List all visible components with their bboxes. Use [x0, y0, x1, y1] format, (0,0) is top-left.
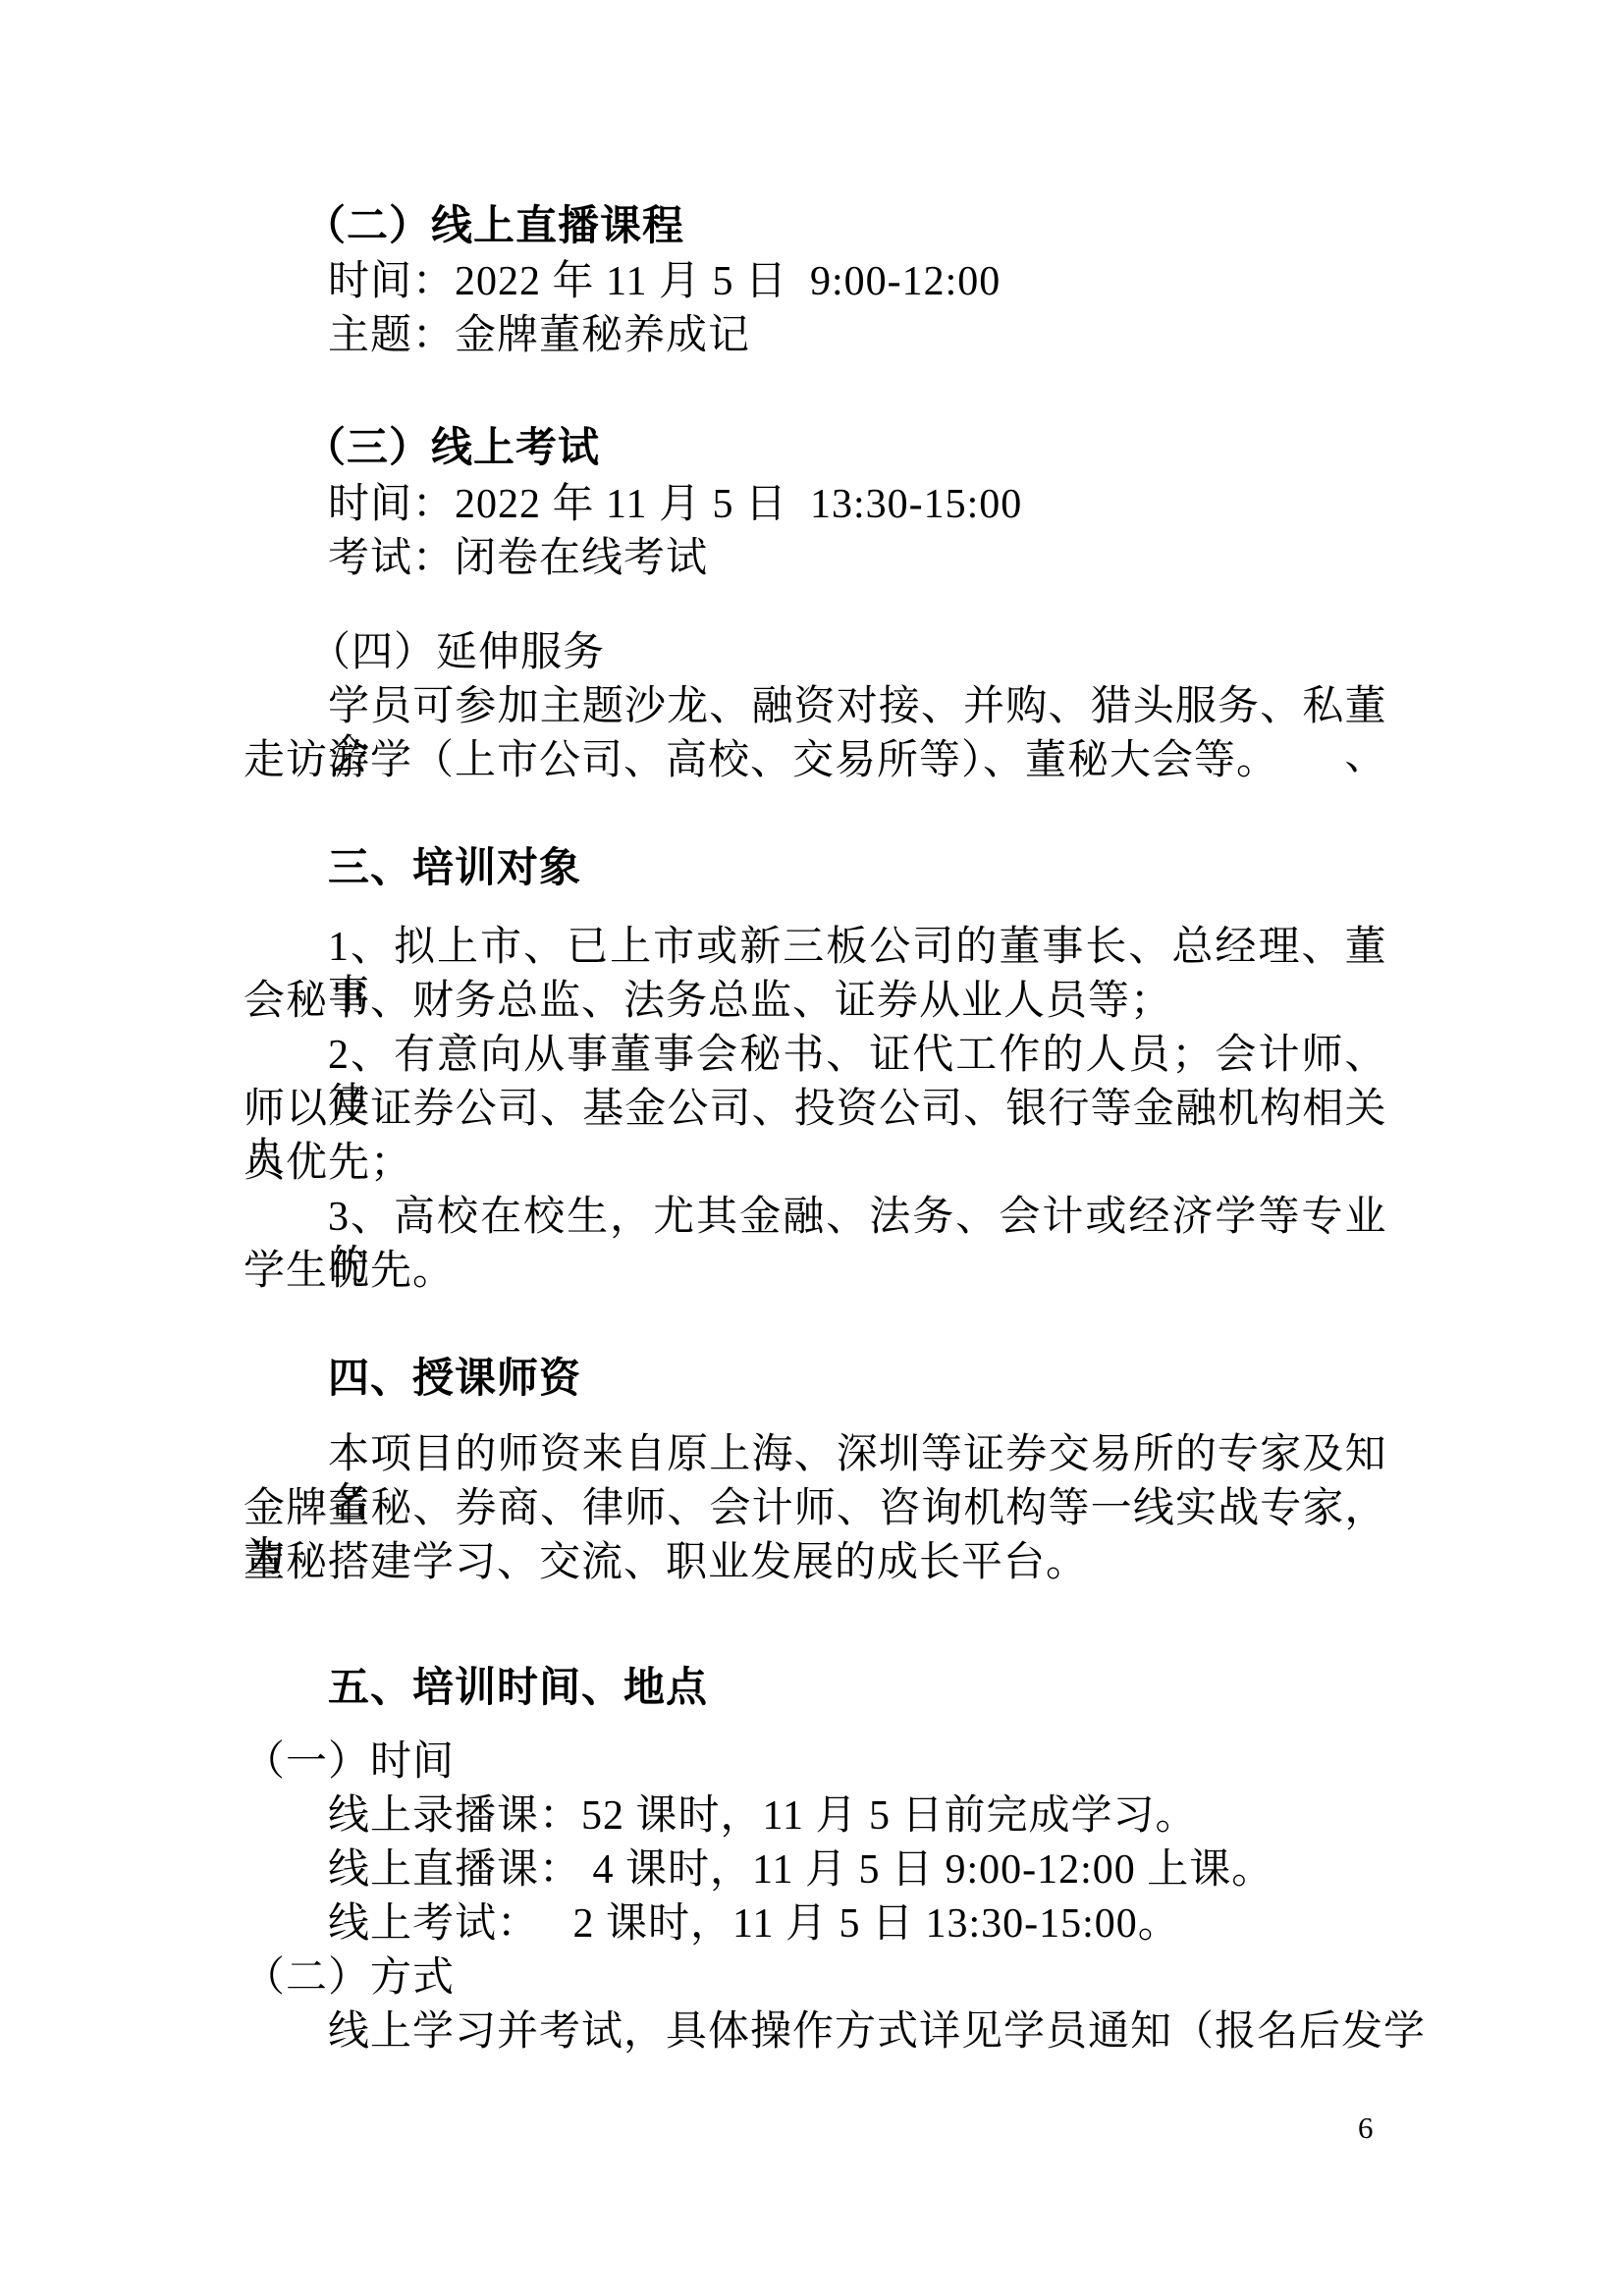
- section-3-item3-line2: 学生优先。: [244, 1247, 455, 1296]
- subsection-3-exam-line: 考试：闭卷在线考试: [328, 534, 708, 583]
- subsection-3-heading: （三）线上考试: [304, 424, 600, 473]
- section-3-item1-line2: 会秘书、财务总监、法务总监、证券从业人员等；: [244, 977, 1172, 1026]
- subsection-4-heading: （四）延伸服务: [309, 628, 605, 677]
- section-5-method-line1: 线上学习并考试，具体操作方式详见学员通知（报名后发学: [328, 2007, 1426, 2056]
- subsection-2-heading: （二）线上直播课程: [304, 202, 684, 251]
- section-5-recorded-course-line: 线上录播课：52 课时，11 月 5 日前完成学习。: [328, 1791, 1197, 1841]
- subsection-2-topic-line: 主题：金牌董秘养成记: [328, 311, 750, 360]
- section-3-item3-line1: 3、高校在校生，尤其金融、法务、会计或经济学等专业的: [328, 1193, 1386, 1291]
- section-3-item2-line3: 员优先；: [244, 1139, 412, 1188]
- section-3-item2-line2: 师以及证券公司、基金公司、投资公司、银行等金融机构相关人: [244, 1085, 1386, 1183]
- section-5-exam-line: 线上考试： 2 课时，11 月 5 日 13:30-15:00。: [328, 1899, 1180, 1949]
- subsection-2-time-line: 时间：2022 年 11 月 5 日 9:00-12:00: [328, 257, 1001, 306]
- section-4-heading: 四、授课师资: [328, 1355, 581, 1404]
- document-page: （二）线上直播课程 时间：2022 年 11 月 5 日 9:00-12:00 …: [0, 0, 1624, 2296]
- section-4-para-line3: 董秘搭建学习、交流、职业发展的成长平台。: [244, 1538, 1088, 1587]
- section-5-live-course-line: 线上直播课： 4 课时，11 月 5 日 9:00-12:00 上课。: [328, 1845, 1273, 1895]
- subsection-4-line-2: 走访游学（上市公司、高校、交易所等）、董秘大会等。: [244, 736, 1278, 785]
- section-5-method-subhead: （二）方式: [244, 1953, 455, 2002]
- page-number: 6: [1358, 2110, 1374, 2146]
- section-5-time-subhead: （一）时间: [244, 1737, 455, 1787]
- section-3-heading: 三、培训对象: [328, 844, 581, 893]
- section-5-heading: 五、培训时间、地点: [328, 1664, 708, 1713]
- subsection-3-time-line: 时间：2022 年 11 月 5 日 13:30-15:00: [328, 480, 1022, 529]
